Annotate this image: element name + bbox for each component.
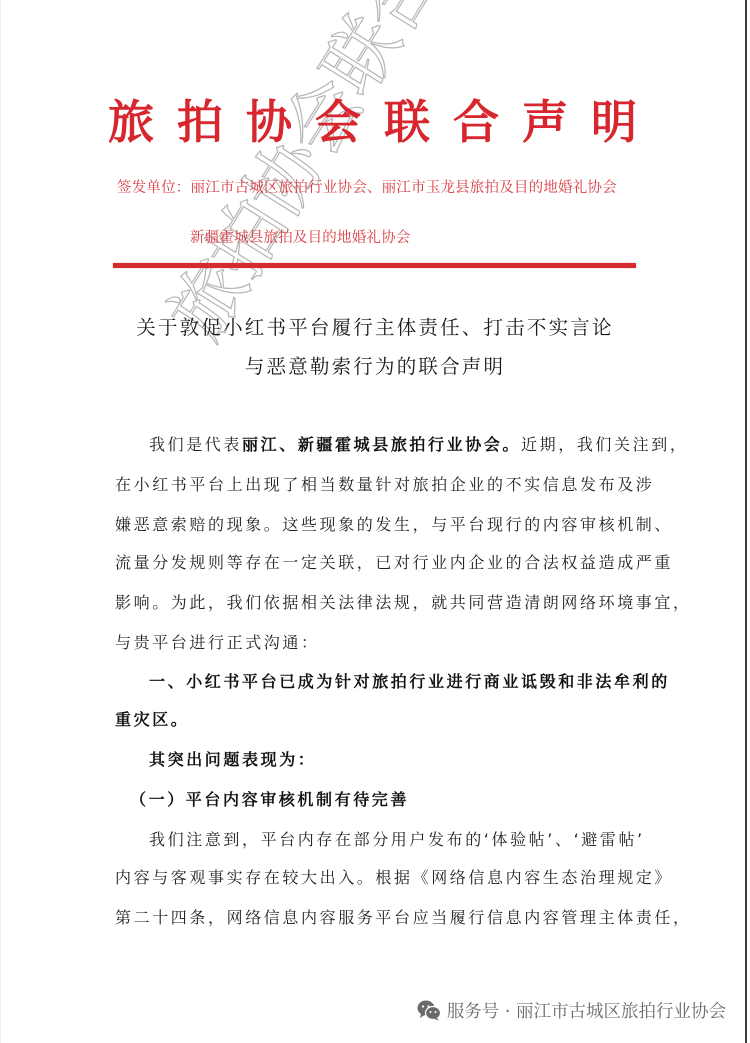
para1-line-6: 与贵平台进行正式沟通： xyxy=(115,632,640,654)
para1-line-1-pre: 我们是代表 xyxy=(149,435,242,454)
wechat-icon xyxy=(417,999,441,1021)
para2-line-2: 内容与客观事实存在较大出入。根据《网络信息内容生态治理规定》 xyxy=(115,867,640,889)
para1-line-5: 影响。为此，我们依据相关法律法规，就共同营造清朗网络环境事宜， xyxy=(115,592,640,614)
issuer-line-1: 签发单位：丽江市古城区旅拍行业协会、丽江市玉龙县旅拍及目的地婚礼协会 xyxy=(117,178,617,198)
para1-line-1-post: 近期，我们关注到， xyxy=(521,435,688,454)
statement-heading-line-1: 关于敦促小红书平台履行主体责任、打击不实言论 xyxy=(0,314,750,342)
para1-line-4: 流量分发规则等存在一定关联，已对行业内企业的合法权益造成严重 xyxy=(115,552,640,574)
section1-line-2: 重灾区。 xyxy=(115,709,640,731)
red-divider xyxy=(113,263,636,268)
para1-line-3: 嫌恶意索赔的现象。这些现象的发生，与平台现行的内容审核机制、 xyxy=(115,514,640,536)
para1-line-2: 在小红书平台上出现了相当数量针对旅拍企业的不实信息发布及涉 xyxy=(115,474,640,496)
para2-line-3: 第二十四条，网络信息内容服务平台应当履行信息内容管理主体责任， xyxy=(115,907,640,929)
issuer-line-2: 新疆霍城县旅拍及目的地婚礼协会 xyxy=(190,228,411,248)
document-title: 旅拍协会联合声明 xyxy=(108,90,643,154)
para1-line-1: 我们是代表丽江、新疆霍城县旅拍行业协会。近期，我们关注到， xyxy=(149,434,674,456)
para1-line-1-bold: 丽江、新疆霍城县旅拍行业协会。 xyxy=(242,435,521,454)
problems-intro: 其突出问题表现为： xyxy=(149,749,674,771)
statement-heading-line-2: 与恶意勒索行为的联合声明 xyxy=(0,353,750,381)
section1-line-1: 一、小红书平台已成为针对旅拍行业进行商业诋毁和非法牟利的 xyxy=(149,671,674,693)
footer-label: 服务号 · 丽江市古城区旅拍行业协会 xyxy=(447,998,726,1023)
footer-source[interactable]: 服务号 · 丽江市古城区旅拍行业协会 xyxy=(417,996,726,1024)
subsection1-title: （一）平台内容审核机制有待完善 xyxy=(130,789,655,811)
para2-line-1: 我们注意到，平台内存在部分用户发布的‘体验帖’、‘避雷帖’ xyxy=(149,829,674,851)
